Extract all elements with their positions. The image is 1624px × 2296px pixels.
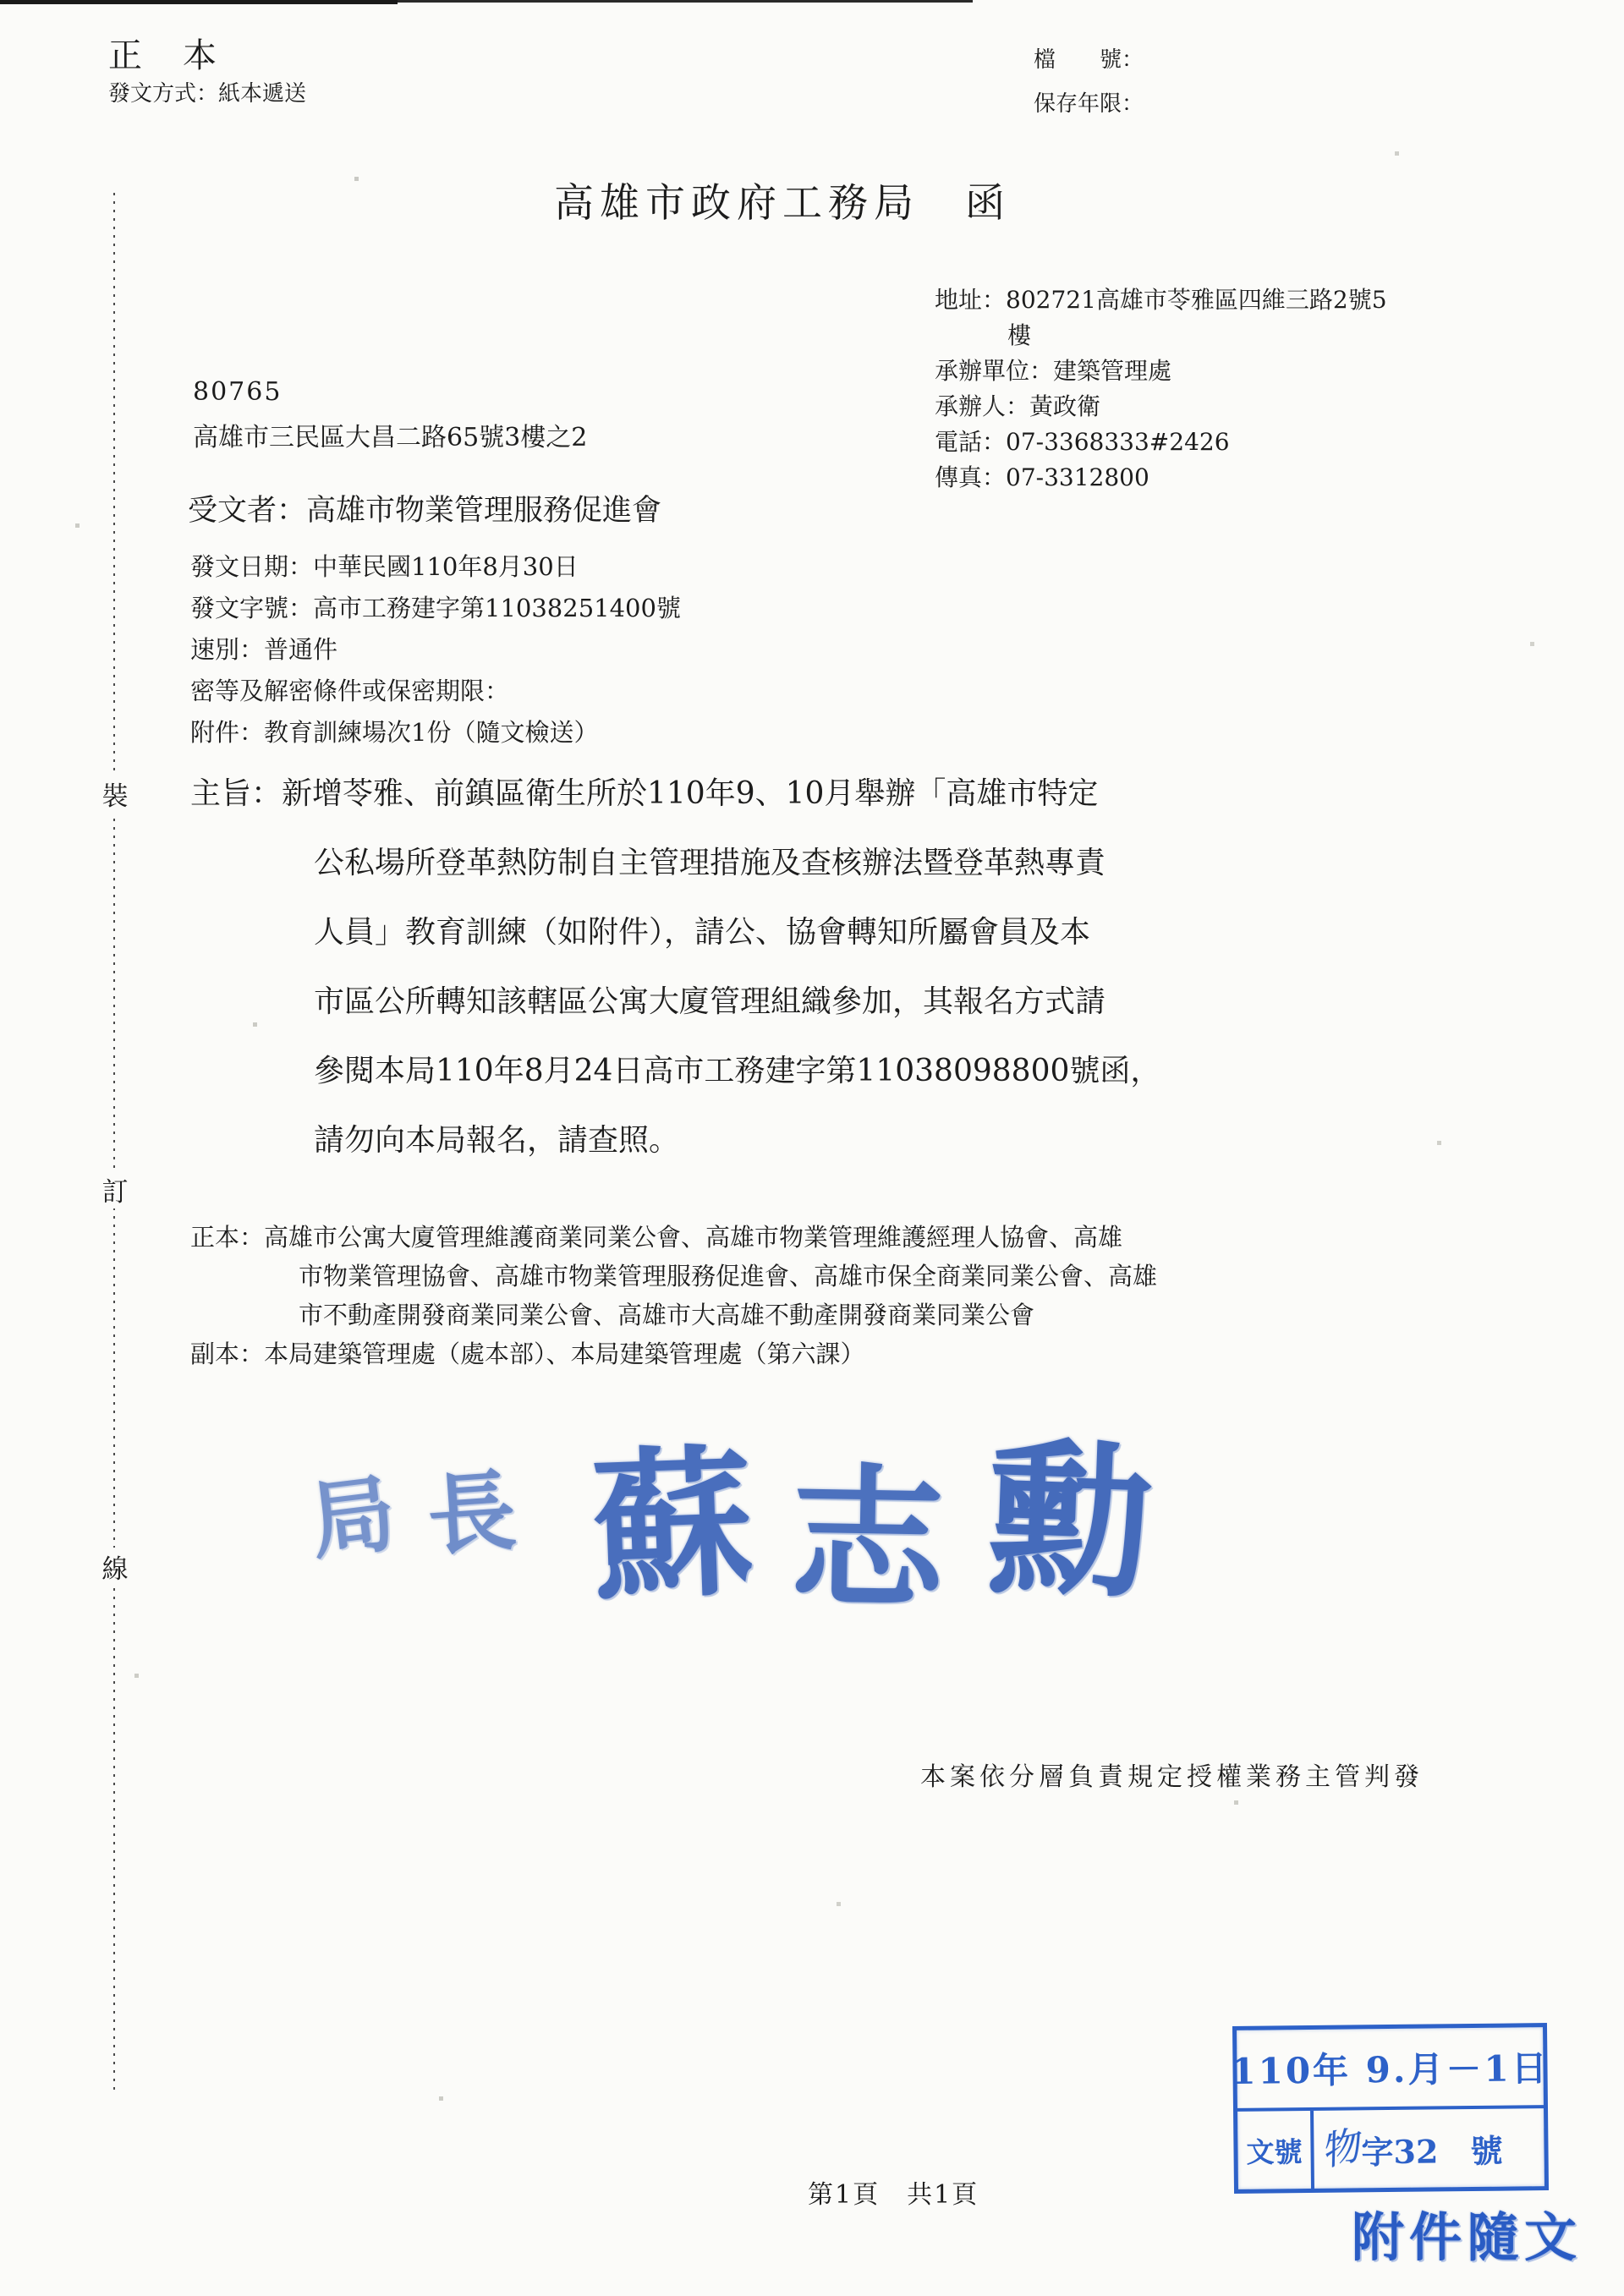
- stamp-number-row: 文號 物 字32 號: [1237, 2108, 1544, 2189]
- issue-date: 發文日期：中華民國110年8月30日: [190, 546, 681, 588]
- recipient-line: 受文者：高雄市物業管理服務促進會: [188, 487, 661, 529]
- stamp-doc-suffix: 字32: [1361, 2125, 1438, 2173]
- stamp-doc-label: 文號: [1237, 2111, 1314, 2189]
- signature-name-char: 志: [789, 1416, 947, 1639]
- stamp-doc-number: 物 字32 號: [1314, 2108, 1544, 2189]
- signature-name-char: 蘇: [588, 1395, 756, 1630]
- signature-name-char: 勳: [984, 1386, 1158, 1630]
- subject-line: 參閱本局110年8月24日高市工務建字第11038098800號函，: [314, 1037, 1160, 1106]
- agency-address-line2: 樓: [935, 318, 1544, 353]
- attachment-follows-stamp: 附件隨文: [1352, 2195, 1582, 2271]
- original-copy-line: 市不動產開發商業同業公會、高雄市大高雄不動產開發商業同業公會: [299, 1296, 1157, 1334]
- subject-line: 市區公所轉知該轄區公寓大廈管理組織參加，其報名方式請: [314, 967, 1160, 1037]
- delivery-method: 發文方式：紙本遞送: [108, 76, 306, 107]
- paper-speckles: [0, 0, 3, 3]
- copy-type-label: 正 本: [108, 29, 220, 77]
- agency-unit: 承辦單位：建築管理處: [935, 353, 1544, 389]
- signature-title-char: 局: [303, 1444, 402, 1575]
- binding-dotted-line: [113, 193, 115, 2094]
- scanned-official-letter: 正 本 發文方式：紙本遞送 檔 號： 保存年限： 高雄市政府工務局 函 地址：8…: [0, 0, 1624, 2296]
- file-number-label: 檔 號：: [1034, 42, 1144, 74]
- speed-class: 速別：普通件: [190, 629, 681, 671]
- authorization-note: 本案依分層負責規定授權業務主管判發: [920, 1756, 1424, 1793]
- subject-line: 請勿向本局報名，請查照。: [314, 1106, 1160, 1175]
- binding-char-xian: 線: [98, 1548, 132, 1586]
- received-date-stamp: 110年 9.月－1日 文號 物 字32 號: [1232, 2023, 1549, 2194]
- stamp-date: 110年 9.月－1日: [1237, 2027, 1544, 2112]
- subject-line: 主旨：新增苓雅、前鎮區衛生所於110年9、10月舉辦「高雄市特定: [190, 759, 1160, 829]
- secrecy-class: 密等及解密條件或保密期限：: [190, 671, 681, 712]
- original-copy-line: 正本：高雄市公寓大廈管理維護商業同業公會、高雄市物業管理維護經理人協會、高雄: [190, 1218, 1157, 1257]
- agency-address-line1: 地址：802721高雄市苓雅區四維三路2號5: [935, 282, 1544, 318]
- page-number: 第1頁 共1頁: [808, 2173, 979, 2211]
- cc-copy-line: 副本：本局建築管理處（處本部）、本局建築管理處（第六課）: [190, 1334, 1157, 1373]
- recipient-street: 高雄市三民區大昌二路65號3樓之2: [193, 416, 587, 453]
- agency-fax: 傳真：07-3312800: [935, 460, 1544, 496]
- subject-line: 人員」教育訓練（如附件），請公、協會轉知所屬會員及本: [314, 898, 1160, 967]
- stamp-doc-unit: 號: [1470, 2124, 1503, 2171]
- original-copy-line: 市物業管理協會、高雄市物業管理服務促進會、高雄市保全商業同業公會、高雄: [299, 1257, 1157, 1296]
- issue-number: 發文字號：高市工務建字第11038251400號: [190, 588, 681, 629]
- subject-line: 公私場所登革熱防制自主管理措施及查核辦法暨登革熱專責: [314, 829, 1160, 898]
- recipient-zip: 80765: [193, 377, 282, 407]
- copies-block: 正本：高雄市公寓大廈管理維護商業同業公會、高雄市物業管理維護經理人協會、高雄 市…: [190, 1218, 1157, 1373]
- stamp-handwritten-char: 物: [1314, 2114, 1364, 2177]
- attachment-note: 附件：教育訓練場次1份（隨文檢送）: [190, 712, 681, 753]
- agency-contact-block: 地址：802721高雄市苓雅區四維三路2號5 樓 承辦單位：建築管理處 承辦人：…: [935, 282, 1544, 496]
- retention-period-label: 保存年限：: [1034, 86, 1144, 118]
- binding-char-ding: 訂: [98, 1170, 132, 1208]
- scan-edge-artifact: [0, 0, 398, 4]
- agency-officer: 承辦人：黃政衛: [935, 389, 1544, 425]
- scan-edge-artifact: [398, 0, 973, 3]
- signature-title-char: 長: [423, 1440, 519, 1573]
- binding-char-zhuang: 裝: [98, 775, 132, 813]
- agency-phone: 電話：07-3368333#2426: [935, 425, 1544, 460]
- document-meta-block: 發文日期：中華民國110年8月30日 發文字號：高市工務建字第110382514…: [190, 546, 681, 753]
- subject-block: 主旨：新增苓雅、前鎮區衛生所於110年9、10月舉辦「高雄市特定 公私場所登革熱…: [190, 759, 1160, 1175]
- document-title: 高雄市政府工務局 函: [554, 172, 1011, 228]
